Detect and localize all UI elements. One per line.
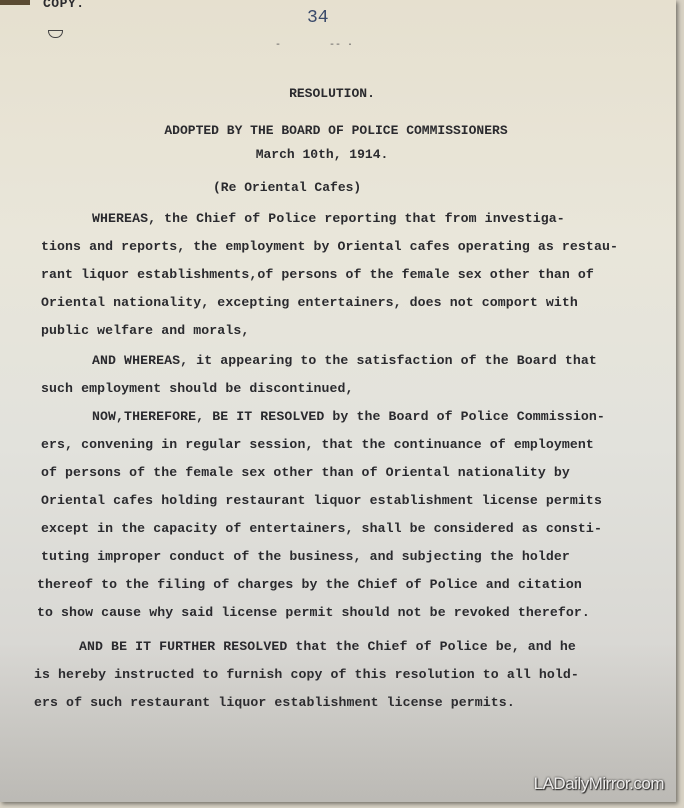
watermark: LADailyMirror.com — [534, 774, 664, 794]
body-line: ers of such restaurant liquor establishm… — [34, 695, 515, 710]
body-line: Oriental cafes holding restaurant liquor… — [41, 493, 602, 508]
body-line: NOW,THEREFORE, BE IT RESOLVED by the Boa… — [92, 409, 605, 424]
document-page: COPY. 34 ‑ ‑‑ · RESOLUTION. ADOPTED BY T… — [0, 0, 676, 802]
copy-label: COPY. — [43, 0, 85, 11]
body-line: rant liquor establishments,of persons of… — [41, 267, 594, 282]
body-line: of persons of the female sex other than … — [41, 465, 570, 480]
body-line: to show cause why said license permit sh… — [37, 605, 590, 620]
body-line: Oriental nationality, excepting entertai… — [41, 295, 578, 310]
body-line: ers, convening in regular session, that … — [41, 437, 594, 452]
document-subject: (Re Oriental Cafes) — [213, 180, 361, 195]
body-line: WHEREAS, the Chief of Police reporting t… — [92, 211, 565, 226]
ink-mark-icon — [48, 30, 63, 38]
body-line: thereof to the filing of charges by the … — [37, 577, 582, 592]
body-line: AND BE IT FURTHER RESOLVED that the Chie… — [79, 639, 576, 654]
document-subtitle: ADOPTED BY THE BOARD OF POLICE COMMISSIO… — [0, 123, 678, 138]
body-line: public welfare and morals, — [41, 323, 249, 338]
paper-tab — [0, 0, 30, 5]
dash-mark: ‑ ‑‑ · — [275, 40, 353, 51]
body-line: tions and reports, the employment by Ori… — [41, 239, 618, 254]
body-line: AND WHEREAS, it appearing to the satisfa… — [92, 353, 597, 368]
body-line: tuting improper conduct of the business,… — [41, 549, 570, 564]
body-line: is hereby instructed to furnish copy of … — [34, 667, 579, 682]
page-number: 34 — [307, 8, 329, 28]
body-line: such employment should be discontinued, — [41, 381, 354, 396]
body-line: except in the capacity of entertainers, … — [41, 521, 602, 536]
document-date: March 10th, 1914. — [0, 147, 664, 162]
document-title: RESOLUTION. — [0, 86, 674, 101]
